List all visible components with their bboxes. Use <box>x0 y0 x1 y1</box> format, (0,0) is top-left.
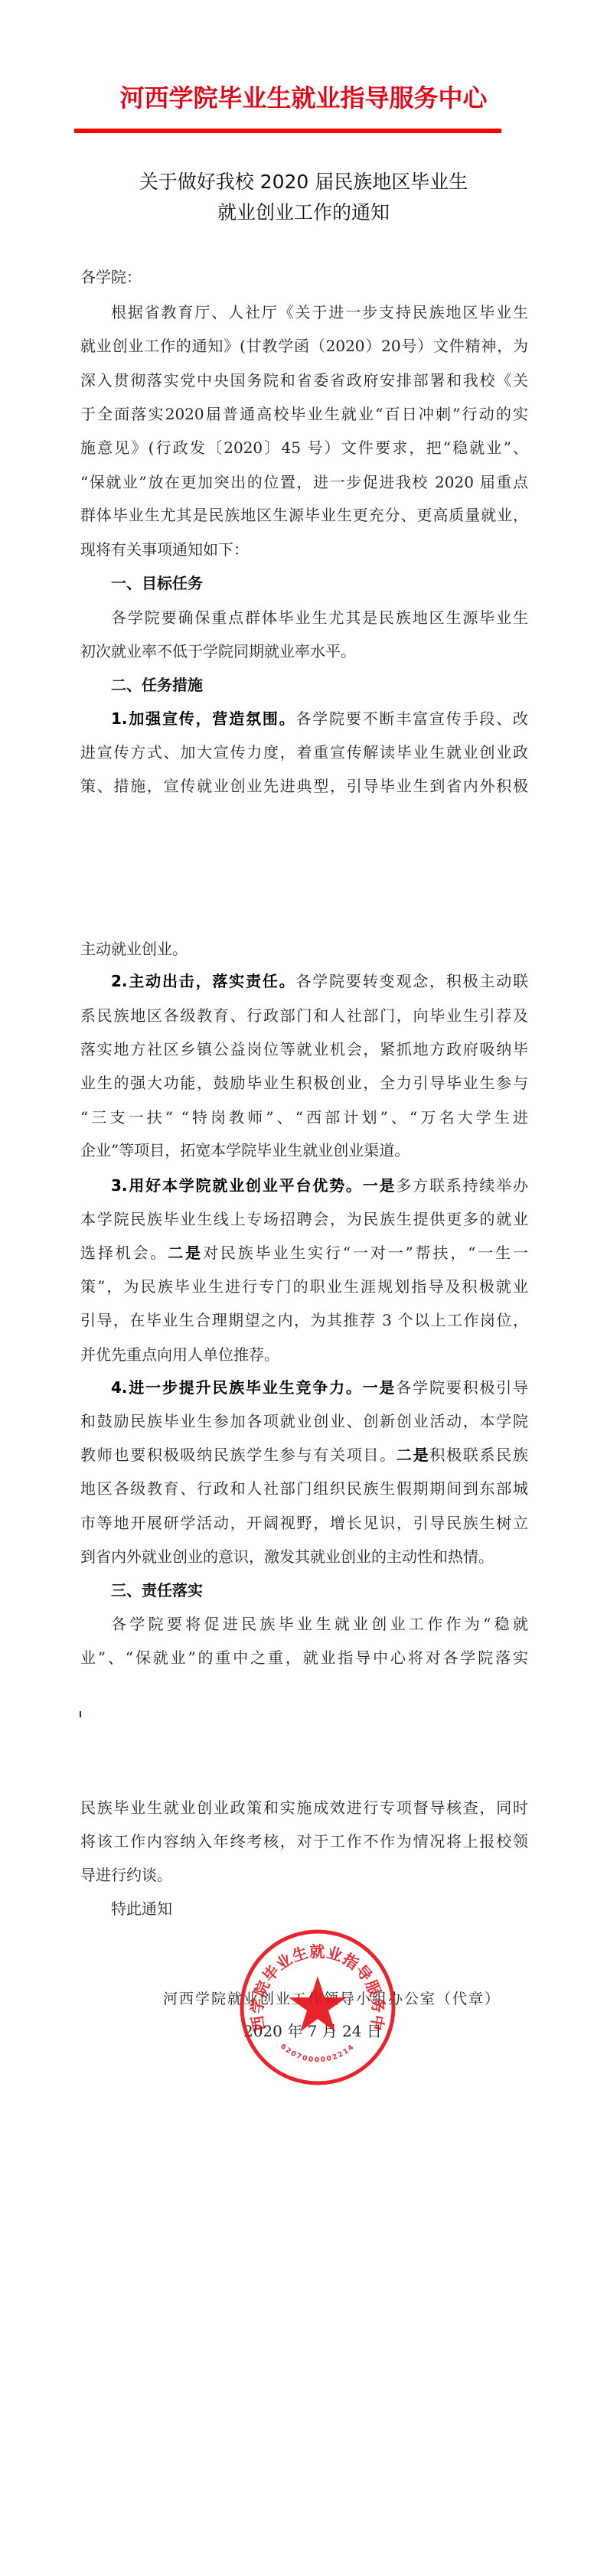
svg-text:6207000002214: 6207000002214 <box>279 2043 357 2064</box>
measure-3-line: 策”，为民族毕业生进行专门的职业生涯规划指导及积极就业 <box>80 1277 528 1296</box>
measure-1-title: 1.加强宣传，营造氛围。 <box>111 709 295 728</box>
measure-2-line: “三支一扶” “特岗教师”、“西部计划”、“万名大学生进 <box>80 1108 528 1127</box>
intro-line: 就业创业工作的通知》(甘教学函（2020）20号）文件精神，为 <box>80 337 528 355</box>
text-cursor-mark <box>80 1711 81 1717</box>
measure-2-line: 企业”等项目，拓宽本学院毕业生就业创业渠道。 <box>80 1141 528 1159</box>
section-line: 各学院要确保重点群体毕业生尤其是民族地区生源毕业生 <box>111 608 528 627</box>
document-title-line2: 就业创业工作的通知 <box>0 201 607 224</box>
measure-3-line: 并优先重点向用人单位推荐。 <box>80 1345 528 1364</box>
measure-1-line: 主动就业创业。 <box>80 940 528 958</box>
measure-2-line: 落实地方社区乡镇公益岗位等就业机会，紧抓地方政府吸纳毕 <box>80 1040 528 1058</box>
intro-line: 施意见》(行政发〔2020〕45 号）文件要求，把“稳就业”、 <box>80 439 528 457</box>
measure-4-line: 和鼓励民族毕业生参加各项就业创业、创新创业活动，本学院 <box>80 1412 528 1430</box>
measure-2-line: 2.主动出击，落实责任。各学院要转变观念，积极主动联 <box>111 972 528 990</box>
measure-3-line: 本学院民族毕业生线上专场招聘会，为民族生提供更多的就业 <box>80 1210 528 1228</box>
closing-remark: 特此通知 <box>111 1899 528 1918</box>
measure-3-line: 引导，在毕业生合理期望之内，为其推荐 3 个以上工作岗位， <box>80 1311 528 1329</box>
measure-2-line: 系民族地区各级教育、行政部门和人社部门，向毕业生引荐及 <box>80 1006 528 1025</box>
document-title-line1: 关于做好我校 2020 届民族地区毕业生 <box>0 171 607 194</box>
intro-line: “保就业”放在更加突出的位置，进一步促进我校 2020 届重点 <box>80 473 528 491</box>
org-letterhead: 河西学院毕业生就业指导服务中心 <box>0 83 607 113</box>
measure-1-line: 策、措施，宣传就业创业先进典型，引导毕业生到省内外积极 <box>80 777 528 795</box>
intro-line: 现将有关事项通知如下： <box>80 540 528 559</box>
intro-line: 群体毕业生尤其是民族地区生源毕业生更充分、更高质量就业， <box>80 506 528 524</box>
section-line: 民族毕业生就业创业政策和实施成效进行专项督导核查，同时 <box>80 1798 528 1817</box>
official-seal-icon: 河西学院毕业生就业指导服务中心 6207000002214 <box>239 1929 397 2086</box>
measure-4-line: 4.进一步提升民族毕业生竞争力。一是各学院要积极引导 <box>111 1378 528 1397</box>
section-heading-measures: 二、任务措施 <box>111 676 203 694</box>
section-line: 业”、“保就业”的重中之重，就业指导中心将对各学院落实 <box>80 1648 528 1667</box>
intro-line: 根据省教育厅、人社厅《关于进一步支持民族地区毕业生 <box>111 303 528 321</box>
measure-4-title: 4.进一步提升民族毕业生竞争力。一是 <box>111 1378 396 1397</box>
measure-2-title: 2.主动出击，落实责任。 <box>111 972 295 990</box>
section-heading-goals: 一、目标任务 <box>111 574 203 592</box>
measure-3-title: 3.用好本学院就业创业平台优势。一是 <box>111 1176 396 1195</box>
intro-line: 于全面落实2020届普通高校毕业生就业“百日冲刺”行动的实 <box>80 405 528 423</box>
measure-4-line: 教师也要积极吸纳民族学生参与有关项目。二是积极联系民族 <box>80 1446 528 1464</box>
section-heading-responsibility: 三、责任落实 <box>111 1581 203 1599</box>
section-line: 将该工作内容纳入年终考核，对于工作不作为情况将上报校领 <box>80 1832 528 1850</box>
measure-4-line: 市等地开展研学活动，开阔视野，增长见识，引导民族生树立 <box>80 1514 528 1532</box>
intro-line: 深入贯彻落实党中央国务院和省委省政府安排部署和我校《关 <box>80 371 528 390</box>
measure-2-line: 业生的强大功能，鼓励毕业生积极创业，全力引导毕业生参与 <box>80 1074 528 1092</box>
section-line: 各学院要将促进民族毕业生就业创业工作作为“稳就 <box>111 1615 528 1633</box>
measure-3-line: 选择机会。二是对民族毕业生实行“一对一”帮扶，“一生一 <box>80 1244 528 1262</box>
letterhead-divider <box>74 129 501 133</box>
measure-3-line: 3.用好本学院就业创业平台优势。一是多方联系持续举办 <box>111 1176 528 1195</box>
measure-4-line: 到省内外就业创业的意识，激发其就业创业的主动性和热情。 <box>80 1547 528 1566</box>
section-line: 导进行约谈。 <box>80 1866 528 1884</box>
measure-1-line: 1.加强宣传，营造氛围。各学院要不断丰富宣传手段、改 <box>111 709 528 728</box>
measure-1-line: 进宣传方式、加大宣传力度，着重宣传解读毕业生就业创业政 <box>80 743 528 761</box>
measure-4-line: 地区各级教育、行政和人社部门组织民族生假期期间到东部城 <box>80 1479 528 1498</box>
section-line: 初次就业率不低于学院同期就业率水平。 <box>80 642 528 660</box>
salutation: 各学院： <box>80 268 528 286</box>
